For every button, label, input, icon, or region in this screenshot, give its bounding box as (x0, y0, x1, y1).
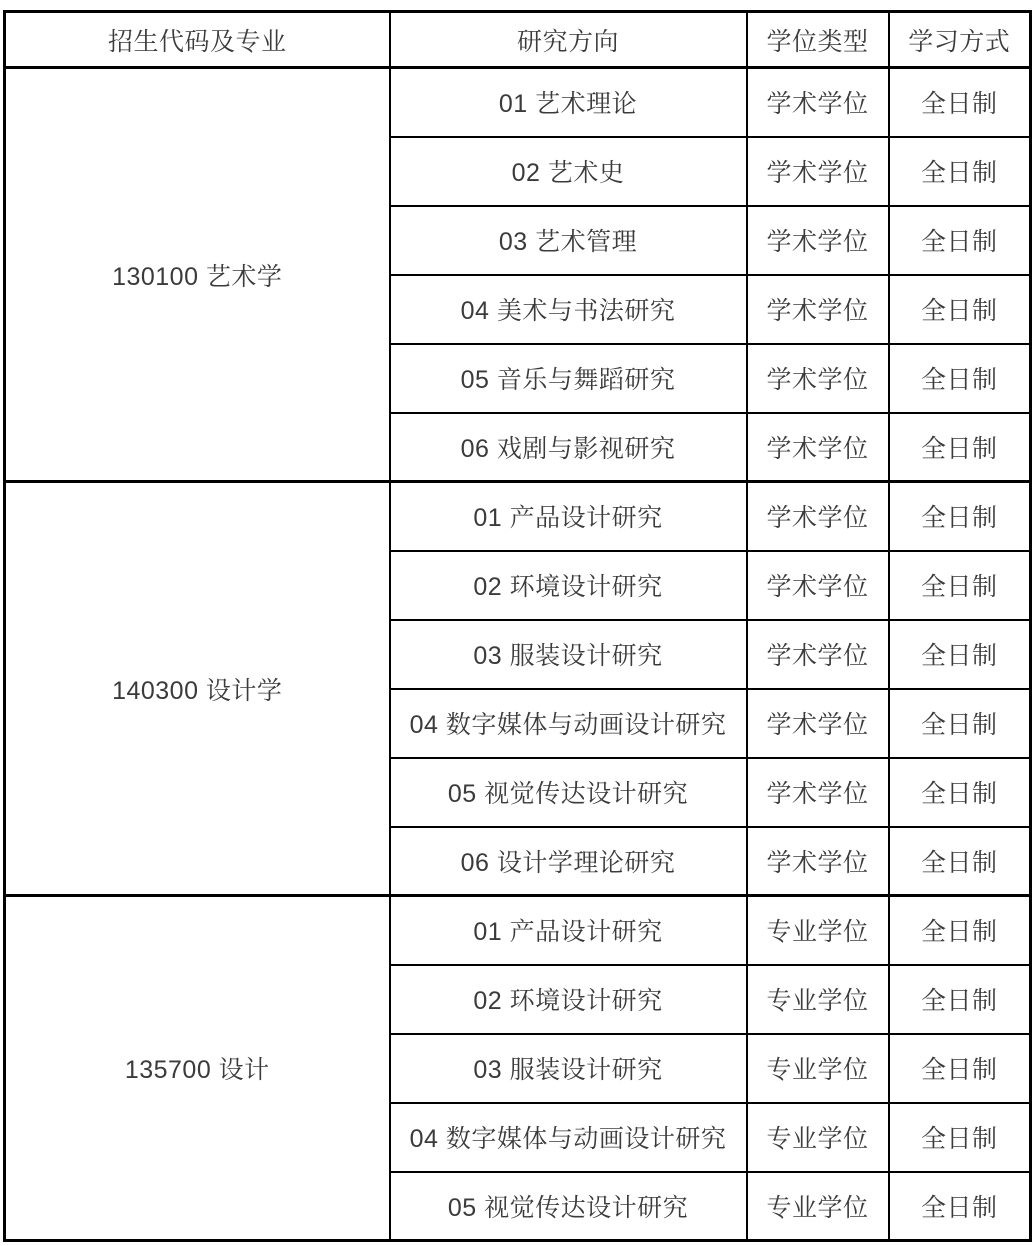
degree-type-cell: 学术学位 (747, 344, 889, 413)
degree-type-cell: 学术学位 (747, 551, 889, 620)
direction-cell: 05 音乐与舞蹈研究 (390, 344, 747, 413)
degree-type-cell: 学术学位 (747, 758, 889, 827)
degree-type-cell: 学术学位 (747, 827, 889, 896)
study-mode-cell: 全日制 (889, 344, 1031, 413)
direction-cell: 04 数字媒体与动画设计研究 (390, 1103, 747, 1172)
degree-type-cell: 专业学位 (747, 1103, 889, 1172)
document-page: 招生代码及专业 研究方向 学位类型 学习方式 130100 艺术学 01 艺术理… (0, 0, 1032, 1246)
direction-cell: 05 视觉传达设计研究 (390, 1172, 747, 1241)
study-mode-cell: 全日制 (889, 137, 1031, 206)
direction-cell: 04 美术与书法研究 (390, 275, 747, 344)
col-header-degree-type: 学位类型 (747, 12, 889, 68)
study-mode-cell: 全日制 (889, 1034, 1031, 1103)
col-header-program: 招生代码及专业 (5, 12, 390, 68)
direction-cell: 02 环境设计研究 (390, 965, 747, 1034)
program-cell: 140300 设计学 (5, 482, 390, 896)
study-mode-cell: 全日制 (889, 758, 1031, 827)
study-mode-cell: 全日制 (889, 68, 1031, 137)
study-mode-cell: 全日制 (889, 482, 1031, 551)
direction-cell: 04 数字媒体与动画设计研究 (390, 689, 747, 758)
degree-type-cell: 学术学位 (747, 482, 889, 551)
study-mode-cell: 全日制 (889, 896, 1031, 965)
direction-cell: 05 视觉传达设计研究 (390, 758, 747, 827)
study-mode-cell: 全日制 (889, 413, 1031, 482)
degree-type-cell: 专业学位 (747, 965, 889, 1034)
col-header-study-mode: 学习方式 (889, 12, 1031, 68)
degree-type-cell: 学术学位 (747, 689, 889, 758)
study-mode-cell: 全日制 (889, 1172, 1031, 1241)
table-row: 130100 艺术学 01 艺术理论 学术学位 全日制 (5, 68, 1031, 137)
degree-type-cell: 学术学位 (747, 275, 889, 344)
direction-cell: 06 戏剧与影视研究 (390, 413, 747, 482)
header-row: 招生代码及专业 研究方向 学位类型 学习方式 (5, 12, 1031, 68)
direction-cell: 03 服装设计研究 (390, 620, 747, 689)
direction-cell: 01 产品设计研究 (390, 482, 747, 551)
table-row: 140300 设计学 01 产品设计研究 学术学位 全日制 (5, 482, 1031, 551)
study-mode-cell: 全日制 (889, 689, 1031, 758)
admissions-table: 招生代码及专业 研究方向 学位类型 学习方式 130100 艺术学 01 艺术理… (3, 10, 1032, 1242)
col-header-direction: 研究方向 (390, 12, 747, 68)
degree-type-cell: 学术学位 (747, 413, 889, 482)
direction-cell: 02 艺术史 (390, 137, 747, 206)
degree-type-cell: 学术学位 (747, 620, 889, 689)
degree-type-cell: 学术学位 (747, 206, 889, 275)
direction-cell: 02 环境设计研究 (390, 551, 747, 620)
degree-type-cell: 学术学位 (747, 137, 889, 206)
program-cell: 130100 艺术学 (5, 68, 390, 482)
degree-type-cell: 专业学位 (747, 1172, 889, 1241)
direction-cell: 01 产品设计研究 (390, 896, 747, 965)
program-cell: 135700 设计 (5, 896, 390, 1241)
degree-type-cell: 专业学位 (747, 896, 889, 965)
degree-type-cell: 学术学位 (747, 68, 889, 137)
study-mode-cell: 全日制 (889, 1103, 1031, 1172)
direction-cell: 03 艺术管理 (390, 206, 747, 275)
study-mode-cell: 全日制 (889, 275, 1031, 344)
direction-cell: 03 服装设计研究 (390, 1034, 747, 1103)
direction-cell: 01 艺术理论 (390, 68, 747, 137)
study-mode-cell: 全日制 (889, 206, 1031, 275)
study-mode-cell: 全日制 (889, 620, 1031, 689)
degree-type-cell: 专业学位 (747, 1034, 889, 1103)
study-mode-cell: 全日制 (889, 551, 1031, 620)
study-mode-cell: 全日制 (889, 827, 1031, 896)
direction-cell: 06 设计学理论研究 (390, 827, 747, 896)
table-row: 135700 设计 01 产品设计研究 专业学位 全日制 (5, 896, 1031, 965)
study-mode-cell: 全日制 (889, 965, 1031, 1034)
